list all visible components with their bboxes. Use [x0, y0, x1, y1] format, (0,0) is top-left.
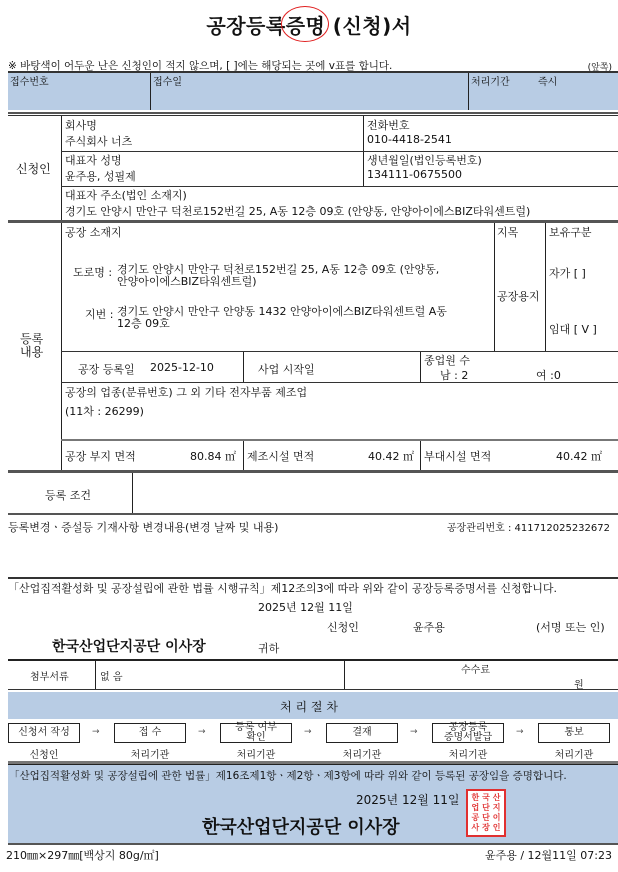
stamp-character: 국: [481, 793, 492, 803]
registration-label-2: 내용: [20, 346, 43, 359]
print-info: 윤주용 / 12월11일 07:23: [485, 847, 612, 863]
birth-label: 생년월일(법인등록번호): [367, 152, 482, 168]
title-suffix: (신청)서: [325, 14, 411, 38]
receipt-date-label: 접수일: [153, 73, 182, 88]
procedure-title: 처 리 절 차: [0, 698, 618, 715]
land-category-value: 공장용지: [497, 288, 540, 304]
auxiliary-area-label: 부대시설 면적: [424, 448, 491, 464]
employees-female: 여 :0: [536, 367, 561, 383]
employees-label: 종업원 수: [424, 352, 470, 368]
registration-conditions-label: 등록 조건: [45, 487, 91, 503]
stamp-character: 한: [470, 793, 481, 803]
arrow-right-icon: →: [304, 727, 312, 737]
factory-management-number: 공장관리번호 : 411712025232672: [447, 519, 610, 534]
document-title: 공장등록증명 (신청)서: [0, 10, 618, 39]
company-name-label: 회사명: [65, 117, 97, 133]
ownership-own-checkbox[interactable]: 자가 [ ]: [549, 265, 586, 281]
official-seal-stamp: 한국산업단지공단이사장인: [466, 789, 506, 837]
address-value: 경기도 안양시 만안구 덕천로152번길 25, A동 12층 09호 (안양동…: [65, 203, 530, 219]
site-area-value: 80.84 ㎡: [190, 448, 236, 464]
representative-value: 윤주용, 성필제: [65, 168, 136, 184]
stamp-character: 사: [470, 823, 481, 833]
stamp-character: 공: [470, 813, 481, 823]
stamp-character: 지: [491, 803, 502, 813]
arrow-right-icon: →: [516, 727, 524, 737]
processing-period-label: 처리기간: [471, 73, 510, 88]
certification-statement: 「산업집적활성화 및 공장설립에 관한 법률」제16조제1항ㆍ제2항ㆍ제3항에 …: [9, 768, 567, 783]
procedure-step-actor: 처리기관: [432, 746, 504, 761]
representative-label: 대표자 성명: [65, 152, 122, 168]
birth-value: 134111-0675500: [367, 168, 462, 181]
lot-address-label: 지번 :: [85, 306, 113, 322]
phone-value: 010-4418-2541: [367, 133, 452, 146]
lot-address-value: 경기도 안양시 만안구 안양동 1432 안양아이에스BIZ타워센트럴 A동 1…: [117, 306, 447, 330]
issuer-name: 한국산업단지공단 이사장: [202, 813, 400, 839]
land-category-label: 지목: [497, 224, 518, 240]
road-address-value: 경기도 안양시 만안구 덕천로152번길 25, A동 12층 09호 (안양동…: [117, 264, 439, 288]
manufacturing-area-value: 40.42 ㎡: [368, 448, 414, 464]
procedure-step-box: 신청서 작성: [8, 723, 80, 743]
receipt-section: [8, 72, 618, 110]
title-prefix: 공장등록: [206, 14, 285, 38]
procedure-step-actor: 처리기관: [114, 746, 186, 761]
procedure-step-box: 등록 여부 확인: [220, 723, 292, 743]
employees-male: 남 : 2: [440, 367, 468, 383]
procedure-step-actor: 신청인: [8, 746, 80, 761]
arrow-right-icon: →: [198, 727, 206, 737]
honorific: 귀하: [258, 640, 279, 656]
procedure-step-box: 접 수: [114, 723, 186, 743]
fee-label: 수수료: [461, 661, 490, 676]
stamp-character: 산: [491, 793, 502, 803]
receipt-number-label: 접수번호: [10, 73, 49, 88]
applicant-label: 신청인: [327, 619, 359, 635]
applicant-name: 윤주용: [413, 619, 445, 635]
application-date: 2025년 12월 11일: [258, 599, 353, 615]
title-circled: 증명: [286, 10, 326, 39]
stamp-character: 단: [481, 803, 492, 813]
attachments-value: 없 음: [100, 668, 123, 683]
stamp-character: 장: [481, 823, 492, 833]
procedure-step-box: 통보: [538, 723, 610, 743]
stamp-character: 인: [491, 823, 502, 833]
paper-spec: 210㎜×297㎜[백상지 80g/㎡]: [6, 847, 159, 863]
processing-period-value: 즉시: [538, 73, 557, 88]
company-name-value: 주식회사 너츠: [65, 133, 132, 149]
auxiliary-area-value: 40.42 ㎡: [556, 448, 602, 464]
procedure-step-actor: 처리기관: [326, 746, 398, 761]
stamp-character: 이: [491, 813, 502, 823]
certification-date: 2025년 12월 11일: [356, 791, 459, 808]
road-address-label: 도로명 :: [73, 264, 112, 280]
lot-address-line-2: 12층 09호: [117, 318, 447, 330]
changes-label: 등록변경ㆍ증설등 기재사항 변경내용(변경 날짜 및 내용): [8, 519, 278, 535]
procedure-step-box: 공장등록 증명서발급: [432, 723, 504, 743]
site-area-label: 공장 부지 면적: [65, 448, 136, 464]
stamp-character: 업: [470, 803, 481, 813]
industry-label: 공장의 업종(분류번호) 그 외 기타 전자부품 제조업: [65, 384, 307, 400]
ownership-label: 보유구분: [549, 224, 592, 240]
registration-date-label: 공장 등록일: [78, 361, 135, 377]
industry-code: (11차 : 26299): [65, 403, 144, 419]
procedure-step-actor: 처리기관: [220, 746, 292, 761]
stamp-character: 단: [481, 813, 492, 823]
arrow-right-icon: →: [92, 727, 100, 737]
road-address-line-2: 안양아이에스BIZ타워센트럴): [117, 276, 439, 288]
factory-location-label: 공장 소재지: [65, 224, 122, 240]
applicant-section-label: 신청인: [16, 160, 51, 177]
application-statement: 「산업집적활성화 및 공장설립에 관한 법률 시행규칙」제12조의3에 따라 위…: [8, 580, 557, 596]
procedure-step-actor: 처리기관: [538, 746, 610, 761]
signature-note: (서명 또는 인): [536, 619, 605, 635]
ownership-lease-checkbox[interactable]: 임대 [ V ]: [549, 321, 597, 337]
business-start-label: 사업 시작일: [258, 361, 315, 377]
attachments-label: 첨부서류: [30, 668, 69, 683]
phone-label: 전화번호: [367, 117, 410, 133]
registration-section-label: 등록 내용: [20, 333, 43, 359]
registration-date-value: 2025-12-10: [150, 361, 214, 374]
arrow-right-icon: →: [410, 727, 418, 737]
manufacturing-area-label: 제조시설 면적: [247, 448, 314, 464]
recipient: 한국산업단지공단 이사장: [52, 636, 206, 656]
address-label: 대표자 주소(법인 소재지): [65, 187, 187, 203]
procedure-step-box: 결재: [326, 723, 398, 743]
